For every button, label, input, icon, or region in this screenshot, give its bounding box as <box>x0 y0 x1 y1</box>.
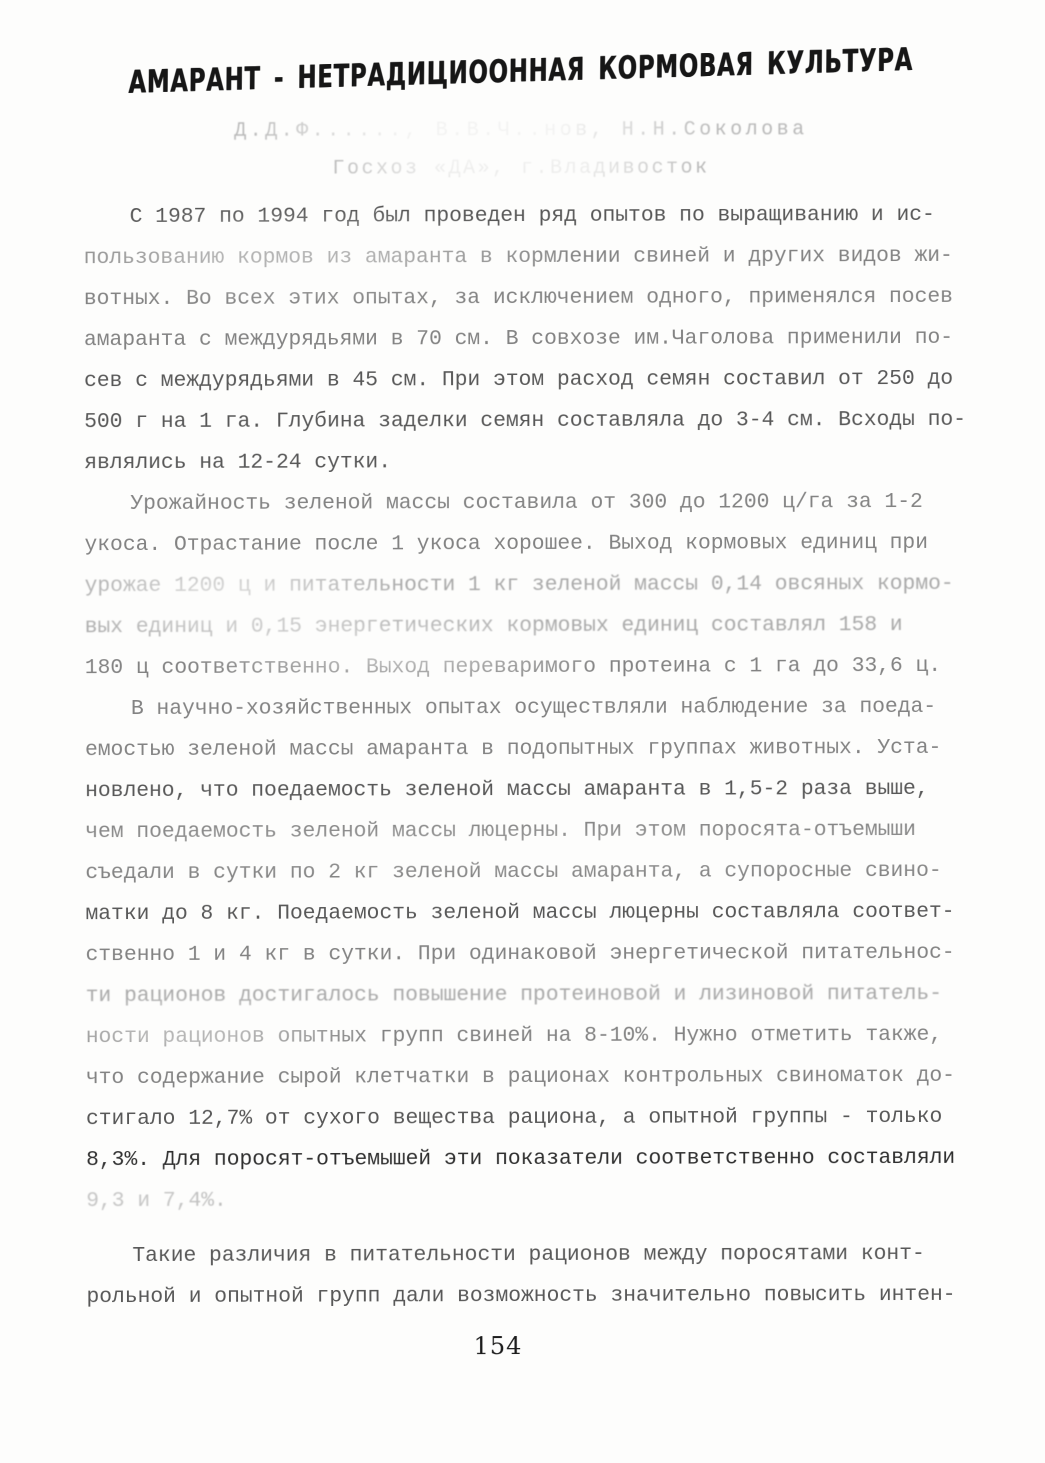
paper-title: АМАРАНТ - НЕТРАДИЦИООННАЯ КОРМОВАЯ КУЛЬТ… <box>0 53 1043 91</box>
text-line: пользованию кормов из амаранта в кормлен… <box>84 236 989 279</box>
text-line: ственно 1 и 4 кг в сутки. При одинаковой… <box>86 933 991 976</box>
text-line: сев с междурядьями в 45 см. При этом рас… <box>84 359 989 402</box>
text-line: 180 ц соответственно. Выход переваримого… <box>85 646 990 689</box>
text-line: Урожайность зеленой массы составила от 3… <box>84 482 989 525</box>
text-line: 500 г на 1 га. Глубина заделки семян сос… <box>84 400 989 443</box>
document-body: С 1987 по 1994 год был проведен ряд опыт… <box>84 195 992 1318</box>
text-line: укоса. Отрастание после 1 укоса хорошее.… <box>84 523 989 566</box>
page-number: 154 <box>474 1332 523 1360</box>
text-line: 9,3 и 7,4%. <box>86 1179 991 1222</box>
text-line: вых единиц и 0,15 энергетических кормовы… <box>85 605 990 648</box>
text-line: новлено, что поедаемость зеленой массы а… <box>85 769 990 812</box>
text-line: что содержание сырой клетчатки в рациона… <box>86 1056 991 1099</box>
document-content: АМАРАНТ - НЕТРАДИЦИООННАЯ КОРМОВАЯ КУЛЬТ… <box>0 0 1045 1463</box>
text-line: емостью зеленой массы амаранта в подопыт… <box>85 728 990 771</box>
text-line: стигало 12,7% от сухого вещества рациона… <box>86 1097 991 1140</box>
text-line: С 1987 по 1994 год был проведен ряд опыт… <box>84 195 989 238</box>
text-line: В научно-хозяйственных опытах осуществля… <box>85 687 990 730</box>
text-line: являлись на 12-24 сутки. <box>84 441 989 484</box>
text-line: чем поедаемость зеленой массы люцерны. П… <box>85 810 990 853</box>
text-line: съедали в сутки по 2 кг зеленой массы ам… <box>85 851 990 894</box>
authors-line: Д.Д.Ф......, В.В.Ч..нов, Н.Н.Соколова <box>0 118 1043 144</box>
text-line: урожае 1200 ц и питательности 1 кг зелен… <box>85 564 990 607</box>
text-line: 8,3%. Для поросят-отъемышей эти показате… <box>86 1138 991 1181</box>
scanned-page: АМАРАНТ - НЕТРАДИЦИООННАЯ КОРМОВАЯ КУЛЬТ… <box>0 0 1045 1463</box>
text-line: Такие различия в питательности рационов … <box>86 1234 991 1277</box>
text-line: ности рационов опытных групп свиней на 8… <box>86 1015 991 1058</box>
text-line: амаранта с междурядьями в 70 см. В совхо… <box>84 318 989 361</box>
affiliation-line: Госхоз «ДА», г.Владивосток <box>0 156 1044 182</box>
text-line: матки до 8 кг. Поедаемость зеленой массы… <box>85 892 990 935</box>
text-line: ти рационов достигалось повышение протеи… <box>86 974 991 1017</box>
text-line: рольной и опытной групп дали возможность… <box>86 1275 991 1318</box>
paper-title-text: АМАРАНТ - НЕТРАДИЦИООННАЯ КОРМОВАЯ КУЛЬТ… <box>128 42 913 102</box>
text-line: вотных. Во всех этих опытах, за исключен… <box>84 277 989 320</box>
